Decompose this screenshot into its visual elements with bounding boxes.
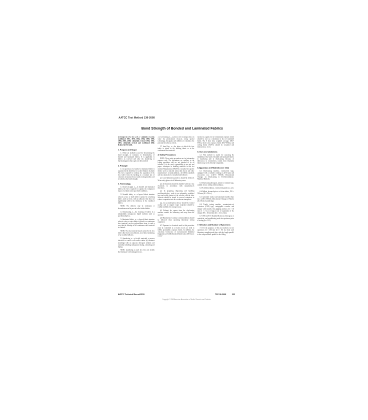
paragraph: 2.1 A specimen of a bonded or laminated … [118, 168, 155, 180]
paragraph: 6.7 1993 AATCC Standard Reference Deterg… [197, 216, 234, 222]
paragraph: 3.7 bond line, n.—the plane at which the… [158, 146, 195, 152]
footer-row: AATCC Technical Manual/2010 TM 136-2008 … [118, 294, 235, 296]
section-heading: 3. Terminology [118, 183, 155, 185]
paragraph: 4.5 Exhaust the vapors from the dryclean… [158, 210, 195, 216]
paragraph: NOTE: The adhesive may be continuous or … [118, 206, 155, 210]
column-2: 3.6 wetcleaning, n.—a process for cleani… [158, 136, 195, 291]
section-heading: 5. Uses and Limitations [197, 151, 234, 153]
paragraph: 6.1 Drycleaning machine, commercial type… [197, 171, 234, 181]
paragraph: mended as a guide for air contaminant ex… [197, 136, 234, 148]
columns-container: Developed in 1972 by AATCC Committee RA1… [118, 136, 235, 291]
paragraph: 3.1 bond strength, n.—in bonded and lami… [118, 187, 155, 193]
footer-manual-label: AATCC Technical Manual/2010 [118, 294, 145, 296]
paragraph: 4.6 Manufacturer's safety recommendation… [158, 218, 195, 224]
paragraph: NOTE: Laundering as used here does not i… [118, 250, 155, 254]
paragraph: 6.6 Tensile testing machine, constant-ra… [197, 204, 234, 214]
footer-right-group: TM 136-2008 223 [215, 294, 235, 296]
section-heading: 7. Selection and Number of Specimens [197, 224, 234, 226]
footer-page-number: 223 [232, 294, 235, 296]
section-heading: 1. Purpose and Scope [118, 149, 155, 151]
paragraph: 6.4 Ballast, hemmed pieces of clean fabr… [197, 191, 234, 195]
section-heading: 6. Apparatus and Materials (see 13.2) [197, 167, 234, 169]
paragraph: 7.1 For the purposes of this test method… [197, 228, 234, 236]
paragraph: NOTE: These safety precautions are for i… [158, 158, 195, 177]
paragraph: 4.2 All chemicals should be handled with… [158, 183, 195, 189]
paragraph: 5.1 This method is useful for assessing … [197, 154, 234, 164]
paragraph: 1.1 This test method is used for determi… [118, 152, 155, 162]
column-3: mended as a guide for air contaminant ex… [197, 136, 234, 291]
section-heading: 2. Principle [118, 165, 155, 167]
document-page: AATCC Test Method 136-2008 Bond Strength… [118, 116, 235, 303]
paragraph: 4.7 Exposure to chemicals used in this p… [158, 225, 195, 237]
paragraph: NOTE: The sheet material may be joined t… [118, 231, 155, 237]
paragraph: 6.2 Drycleaning detergent, anionic or ca… [197, 182, 234, 186]
paragraph: 4.3 In preparing, dispensing and handlin… [158, 191, 195, 201]
paragraph: Developed in 1972 by AATCC Committee RA1… [118, 136, 155, 146]
column-1: Developed in 1972 by AATCC Committee RA1… [118, 136, 155, 291]
paragraph: 6.5 Automatic washer and automatic tumbl… [197, 197, 234, 203]
paragraph: 6.3 Perchloroethylene, commercial grade … [197, 188, 234, 190]
paragraph: 3.4 laminated fabric, n.—a layered fabri… [118, 219, 155, 229]
document-canvas: AATCC Test Method 136-2008 Bond Strength… [0, 0, 368, 420]
copyright-line: Copyright © 2009 American Association of… [118, 299, 235, 301]
paragraph: 3.5 laundering, n.—of textile materials,… [118, 238, 155, 248]
paragraph: 3.3 drycleaning, n.—the cleaning of fabr… [118, 211, 155, 217]
paragraph: 3.2 bonded fabric, n.—a layered fabric s… [118, 194, 155, 204]
paragraph: 4.1 Good laboratory practices should be … [158, 178, 195, 182]
doc-header: AATCC Test Method 136-2008 [119, 117, 235, 119]
section-heading: 4. Safety Precautions [158, 154, 195, 156]
page-title: Bond Strength of Bonded and Laminated Fa… [118, 126, 235, 130]
paragraph: 3.6 wetcleaning, n.—a process for cleani… [158, 136, 195, 144]
footer-method-label: TM 136-2008 [215, 294, 226, 296]
paragraph: 4.4 An eyewash/safety shower should be l… [158, 202, 195, 208]
